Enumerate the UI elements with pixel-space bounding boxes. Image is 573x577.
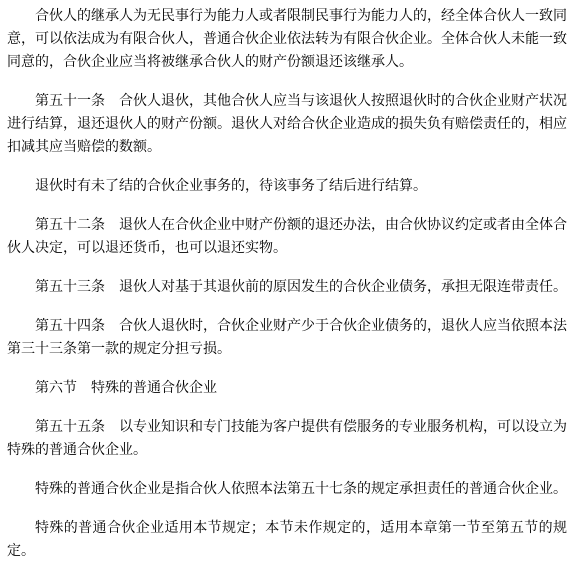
- document-page: 合伙人的继承人为无民事行为能力人或者限制民事行为能力人的，经全体合伙人一致同意，…: [0, 0, 573, 577]
- paragraph-special-partnership-definition: 特殊的普通合伙企业是指合伙人依照本法第五十七条的规定承担责任的普通合伙企业。: [7, 478, 567, 501]
- paragraph-article-55: 第五十五条 以专业知识和专门技能为客户提供有偿服务的专业服务机构，可以设立为特殊…: [7, 416, 567, 462]
- paragraph-article-52: 第五十二条 退伙人在合伙企业中财产份额的退还办法，由合伙协议约定或者由全体合伙人…: [7, 214, 567, 260]
- section-6-heading: 第六节 特殊的普通合伙企业: [7, 377, 567, 400]
- paragraph-inheritance-continuation: 合伙人的继承人为无民事行为能力人或者限制民事行为能力人的，经全体合伙人一致同意，…: [7, 5, 567, 74]
- paragraph-article-51: 第五十一条 合伙人退伙，其他合伙人应当与该退伙人按照退伙时的合伙企业财产状况进行…: [7, 90, 567, 159]
- paragraph-article-51-settlement: 退伙时有未了结的合伙企业事务的，待该事务了结后进行结算。: [7, 175, 567, 198]
- paragraph-article-54: 第五十四条 合伙人退伙时，合伙企业财产少于合伙企业债务的，退伙人应当依照本法第三…: [7, 315, 567, 361]
- paragraph-article-53: 第五十三条 退伙人对基于其退伙前的原因发生的合伙企业债务，承担无限连带责任。: [7, 276, 567, 299]
- paragraph-special-partnership-application: 特殊的普通合伙企业适用本节规定；本节未作规定的，适用本章第一节至第五节的规定。: [7, 517, 567, 563]
